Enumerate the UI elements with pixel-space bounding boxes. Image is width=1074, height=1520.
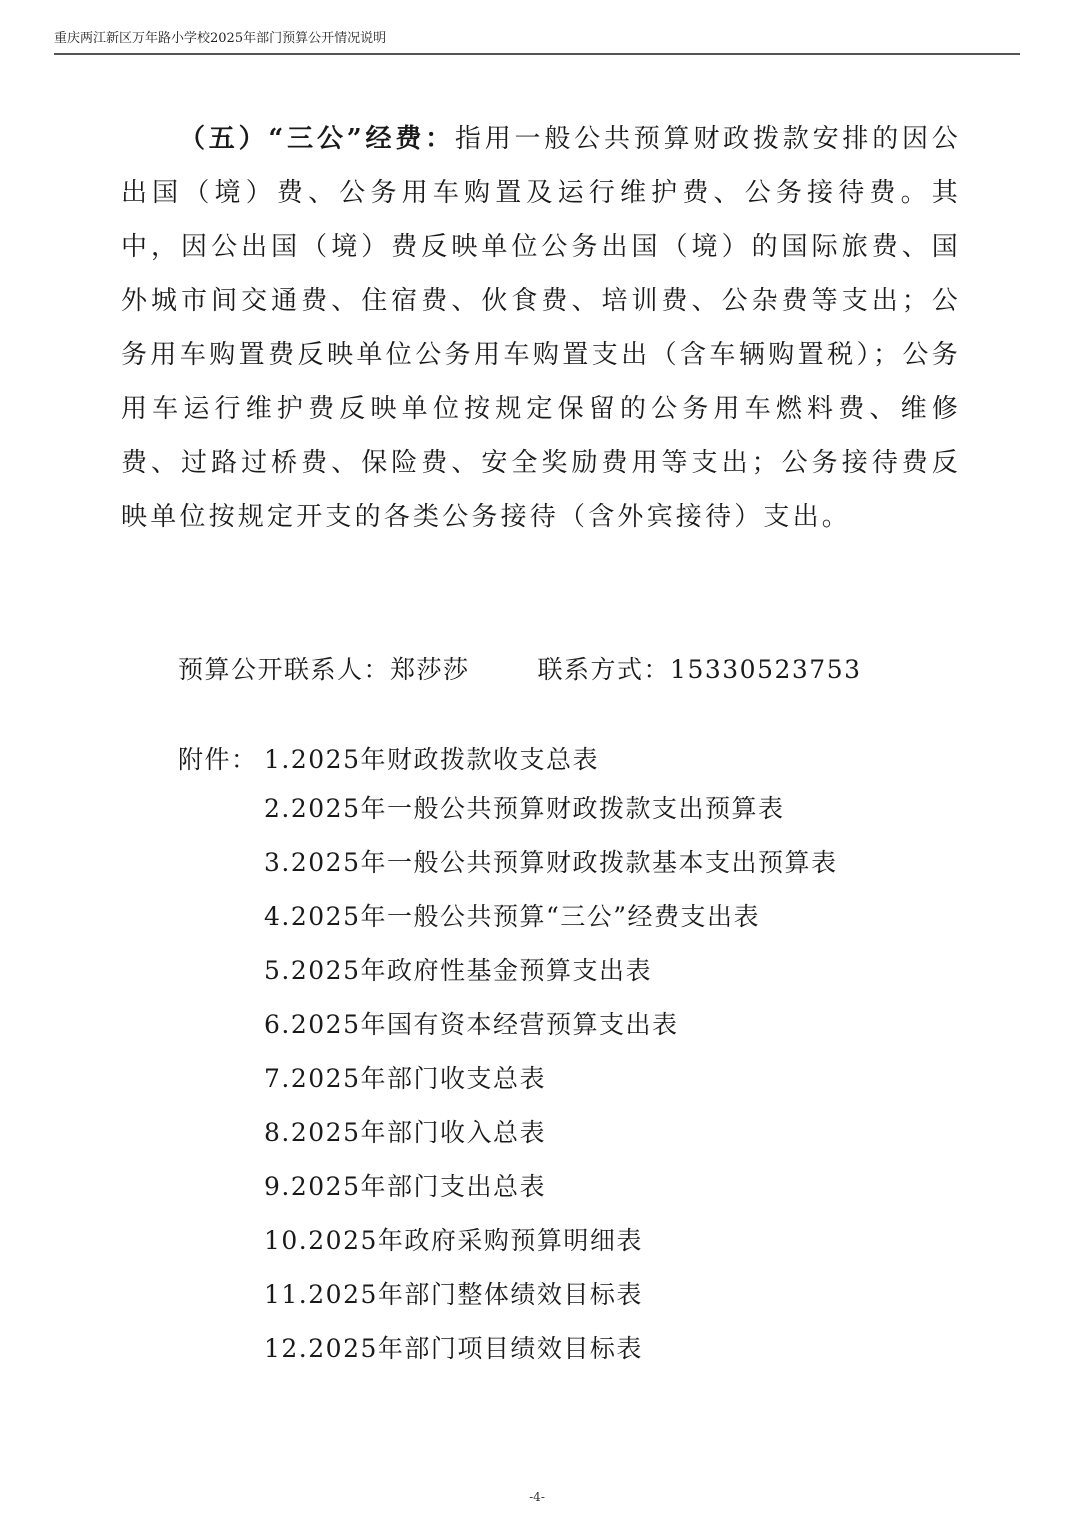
attachment-item: 5.2025年政府性基金预算支出表 <box>264 944 837 998</box>
attachment-item: 7.2025年部门收支总表 <box>264 1052 837 1106</box>
attachment-item: 9.2025年部门支出总表 <box>264 1160 837 1214</box>
contact-person-name: 郑莎莎 <box>390 655 470 684</box>
attachment-item: 8.2025年部门收入总表 <box>264 1106 837 1160</box>
contact-phone-label: 联系方式： <box>538 655 671 684</box>
header-divider <box>54 53 1020 55</box>
section-body: 指用一般公共预算财政拨款安排的因公出国（境）费、公务用车购置及运行维护费、公务接… <box>121 124 961 532</box>
section-heading: （五）“三公”经费： <box>179 124 455 154</box>
attachments-label: 附件： <box>178 738 264 782</box>
attachment-row-first: 附件：1.2025年财政拨款收支总表 <box>178 738 837 782</box>
attachment-item: 6.2025年国有资本经营预算支出表 <box>264 998 837 1052</box>
three-public-expenses-paragraph: （五）“三公”经费：指用一般公共预算财政拨款安排的因公出国（境）费、公务用车购置… <box>121 112 961 544</box>
contact-phone: 15330523753 <box>670 655 861 684</box>
contact-line: 预算公开联系人：郑莎莎联系方式：15330523753 <box>178 650 862 690</box>
attachment-item: 3.2025年一般公共预算财政拨款基本支出预算表 <box>264 836 837 890</box>
attachment-item: 10.2025年政府采购预算明细表 <box>264 1214 837 1268</box>
attachment-item: 12.2025年部门项目绩效目标表 <box>264 1322 837 1376</box>
contact-person-label: 预算公开联系人： <box>178 655 390 684</box>
attachment-item: 2.2025年一般公共预算财政拨款支出预算表 <box>264 782 837 836</box>
attachments-list: 2.2025年一般公共预算财政拨款支出预算表 3.2025年一般公共预算财政拨款… <box>178 782 837 1376</box>
document-header: 重庆两江新区万年路小学校2025年部门预算公开情况说明 <box>54 30 1020 48</box>
attachments-section: 附件：1.2025年财政拨款收支总表 2.2025年一般公共预算财政拨款支出预算… <box>178 738 837 1376</box>
page-number: -4- <box>0 1490 1074 1504</box>
attachment-item: 11.2025年部门整体绩效目标表 <box>264 1268 837 1322</box>
attachment-item: 1.2025年财政拨款收支总表 <box>264 745 599 774</box>
attachment-item: 4.2025年一般公共预算“三公”经费支出表 <box>264 890 837 944</box>
